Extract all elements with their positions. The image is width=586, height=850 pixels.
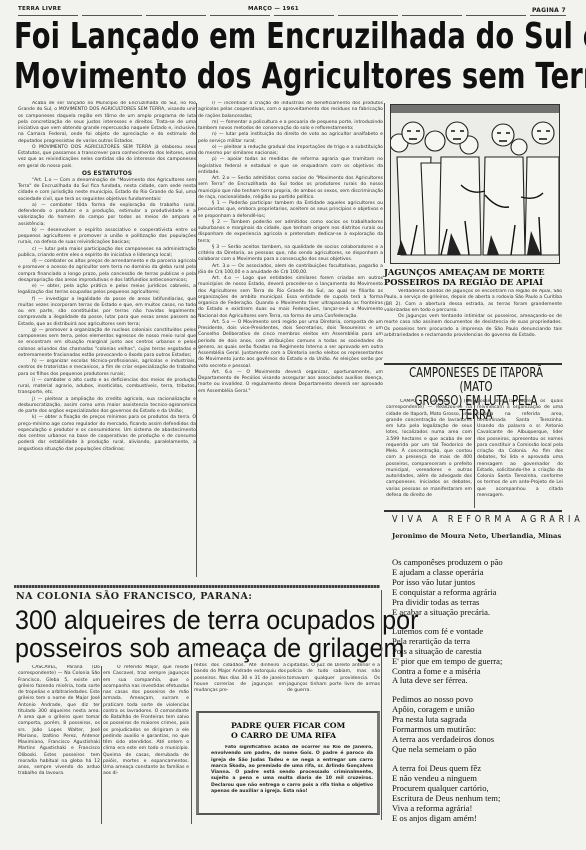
cascavel-column-2: O referido Major, que reside em Cascavel… [103, 665, 189, 825]
statute-item: o) — pleitear a redução gradual das impo… [198, 145, 383, 158]
main-headline-line2: Movimento dos Agricultores sem Terra [14, 56, 440, 97]
statute-item: Art. 5.o — O Movimento será regido por u… [198, 320, 383, 370]
section-rule [14, 585, 380, 588]
poem-body: Os camponêses produzem o pão E ajudam a … [392, 558, 582, 833]
jaguncos-headline-line1: JAGUNÇOS AMEAÇAM DE MORTE [384, 267, 584, 277]
poem-stanza: Lutemos com fé e vontade Pela rerartição… [392, 627, 582, 687]
newspaper-page: TERRA LIVRE MARÇO — 1961 PAGINA 7 Foi La… [0, 0, 586, 850]
cascavel-kicker: NA COLONIA SÃO FRANCISCO, PARANA: [16, 591, 252, 602]
statute-item: f) — investigar a legalidade da posse de… [18, 297, 196, 328]
poem-stanza: Os camponêses produzem o pão E ajudam a … [392, 558, 582, 618]
statute-item: § 3 — Serão aceitos tambem, na qualidade… [198, 245, 383, 264]
cascavel-column-3: reitos dos cidadãos. Até dinheiro a band… [194, 663, 286, 705]
statute-item: g) — promover a organização de nucleos c… [18, 328, 196, 359]
jaguncos-article-body: Verdadeiros bandos de jagunços se encont… [384, 289, 562, 362]
column-divider [474, 400, 475, 508]
poem-line: E acabar a situação precária. [392, 608, 582, 618]
padre-headline-line1: PADRE QUER FICAR COM [231, 721, 371, 731]
itapora-text: posse dos lavradores, os quais reivindic… [477, 399, 563, 499]
page-number: PAGINA 7 [532, 7, 566, 14]
statute-item: j) — pleitear a ampliação do credito agr… [18, 397, 196, 416]
intro-paragraph: O MOVIMENTO DOS AGRICULTORES SEM TERRA j… [18, 145, 196, 170]
statute-item: e) — obter, pela ação prática e pelos me… [18, 284, 196, 297]
cascavel-text: O referido Major, que reside em Cascavel… [103, 665, 189, 778]
statutes-subhead: OS ESTATUTOS [18, 170, 196, 178]
column-divider [384, 103, 385, 263]
cascavel-column-1: CASCAVEL, Paraná (Do correspondente) — N… [18, 665, 100, 825]
main-article-column-1: Acaba de ser lançado no Município de Enc… [18, 101, 196, 579]
column-divider [196, 103, 197, 577]
poem-line: A luta deve ser férrea. [392, 676, 582, 686]
cascavel-column-4: cipitadas. O juiz de Direito anterior e … [287, 663, 380, 705]
cascavel-text: cipitadas. O juiz de Direito anterior e … [287, 663, 380, 694]
padre-article-body: Fato significativo acaba de ocorrer no R… [211, 745, 373, 813]
jaguncos-paragraph: Os jagunços vem tentando intimidar os po… [384, 314, 562, 339]
statute-item: Art. 4.o — Logo que entidades similares … [198, 276, 383, 320]
poem-stanza: Pedimos ao nosso povo Apôio, coragem e u… [392, 695, 582, 755]
section-rule [384, 363, 562, 365]
cascavel-headline-line2: posseiros sob ameaça de grilagem [15, 634, 404, 662]
peasants-illustration [390, 104, 560, 264]
statute-item: n) — lutar pela instituição do direito d… [198, 132, 383, 145]
statute-item: m) — fomentar a policultura e a pecuaria… [198, 120, 383, 133]
statute-item: p) — apoiar todas as medidas de reforma … [198, 157, 383, 176]
itapora-column-2: posse dos lavradores, os quais reivindic… [477, 399, 563, 509]
intro-paragraph: Acaba de ser lançado no Município de Enc… [18, 101, 196, 145]
poem-line: E os anjos digam amém! [392, 814, 582, 824]
statute-item: d) — combater os altos preços de arrenda… [18, 259, 196, 284]
statute-item: Art. 3.o — Os associados, alem de contri… [198, 264, 383, 277]
paper-name: TERRA LIVRE [18, 6, 61, 12]
poem-line: Que nela semeiam o pão [392, 745, 582, 755]
statute-item: a) — combater tôda forma de exploração d… [18, 203, 196, 228]
statute-item: h) — organizar escolas técnico-profissio… [18, 359, 196, 378]
column-divider [101, 666, 102, 824]
itapora-column-1: CAMPO GRANDE (Do correspondente) — Reali… [386, 399, 472, 509]
itapora-headline-line1: CAMPONESES DE ITAPORÃ (MATO [406, 367, 546, 395]
cascavel-headline-line1: 300 alqueires de terra ocupados por [15, 606, 418, 634]
padre-text: Fato significativo acaba de ocorrer no R… [211, 745, 373, 795]
statute-item: § 1 — Poderão participar tambem da Entid… [198, 201, 383, 220]
statute-item: i) — combater o alto custo e as deficien… [18, 378, 196, 397]
statute-item: c) — lutar pela maior participação dos c… [18, 247, 196, 260]
main-headline-line1: Foi Lançado em Encruzilhada do Sul o [14, 16, 440, 57]
section-rule [384, 510, 562, 512]
statute-item: Art. 6.o — O Movimento deverá organizar,… [198, 370, 383, 395]
column-divider [381, 590, 382, 820]
itapora-text: CAMPO GRANDE (Do correspondente) — Reali… [386, 399, 472, 499]
statute-item: "Art. 1.o — Com a denominação de "Movime… [18, 178, 196, 203]
poem-title: VIVA A REFORMA AGRARIA [392, 514, 545, 525]
statute-item: l) — incentivar a criação de industrias … [198, 101, 383, 120]
column-divider [191, 664, 192, 824]
statute-item: k) — obter a fixação de preços mínimos p… [18, 415, 196, 453]
padre-headline-line2: O CARRO DE UMA RIFA [231, 731, 371, 741]
main-article-column-2: l) — incentivar a criação de industrias … [198, 101, 383, 579]
statute-item: b) — desenvolver o espírito associativo … [18, 228, 196, 247]
statute-item: § 2 — Tambem poderão ser admitidos como … [198, 220, 383, 245]
jaguncos-headline: JAGUNÇOS AMEAÇAM DE MORTE POSSEIROS DA R… [384, 267, 584, 287]
jaguncos-headline-line2: POSSEIROS DA REGIÃO DE APIAÍ [384, 277, 584, 287]
cascavel-text: reitos dos cidadãos. Até dinheiro a band… [194, 663, 286, 694]
peasants-drawing-icon [391, 105, 560, 264]
poem-author: Jeronimo de Moura Neto, Uberlandia, Mina… [392, 532, 561, 540]
statute-item: Art. 2.o — Serão admitidos como socios d… [198, 176, 383, 201]
cascavel-text: CASCAVEL, Paraná (Do correspondente) — N… [18, 665, 100, 778]
padre-headline: PADRE QUER FICAR COM O CARRO DE UMA RIFA [231, 721, 371, 740]
poem-stanza: A terra foi Deus quem fêz E não vendeu a… [392, 764, 582, 824]
padre-boxed-article: PADRE QUER FICAR COM O CARRO DE UMA RIFA… [196, 711, 380, 815]
issue-date: MARÇO — 1961 [248, 6, 299, 12]
jaguncos-paragraph: Verdadeiros bandos de jagunços se encont… [384, 289, 562, 314]
